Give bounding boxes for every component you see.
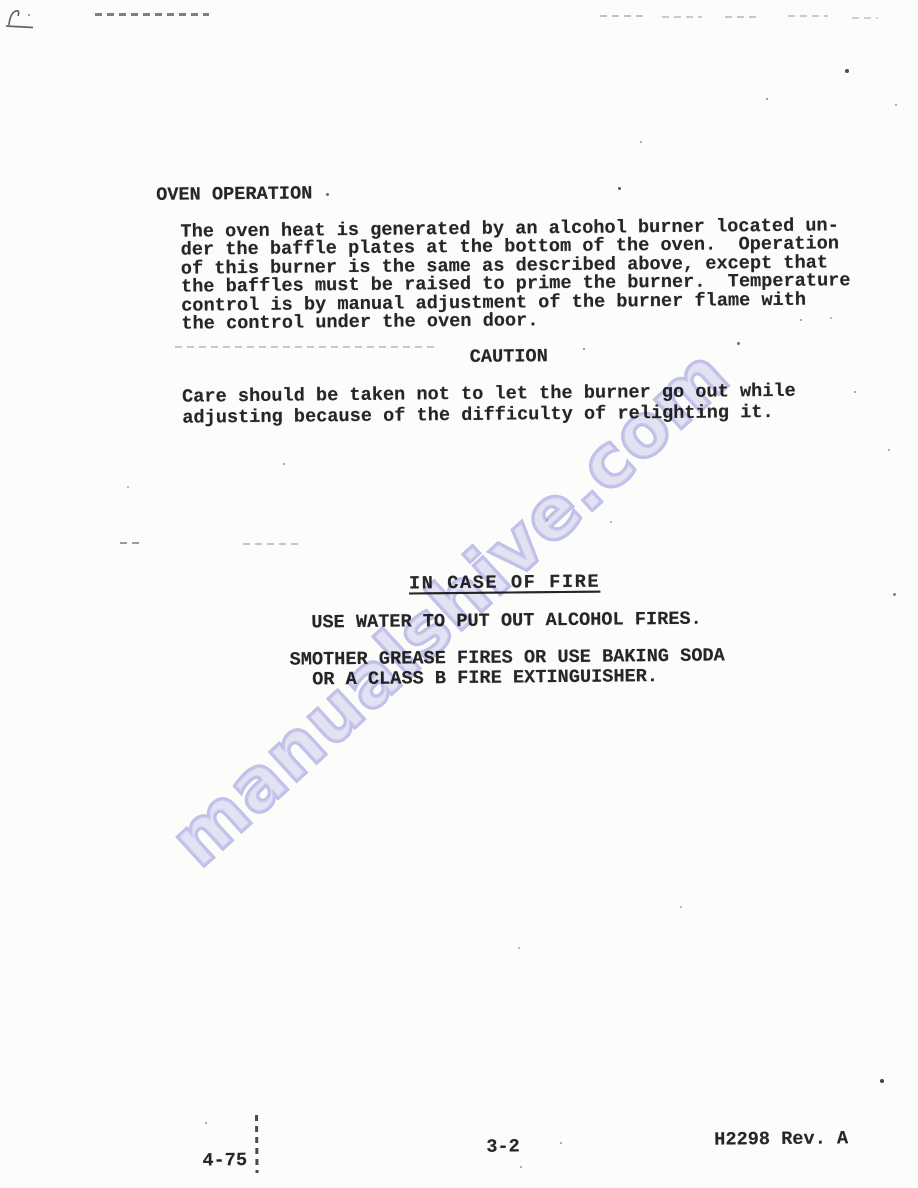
scan-speck	[610, 521, 612, 523]
scan-speck	[326, 193, 329, 196]
scan-speck	[583, 348, 585, 350]
scan-speck	[830, 317, 832, 319]
footer-page-number: 3-2	[486, 1138, 520, 1157]
scan-speck	[895, 104, 897, 106]
fire-instruction-alcohol: USE WATER TO PUT OUT ALCOHOL FIRES.	[311, 611, 702, 633]
scan-speck	[520, 1166, 522, 1168]
caution-heading: CAUTION	[470, 348, 548, 367]
scan-speck	[546, 519, 548, 521]
fire-instruction-grease: SMOTHER GREASE FIRES OR USE BAKING SODA …	[290, 646, 726, 690]
scan-smudge	[600, 15, 646, 17]
page-content: OVEN OPERATION The oven heat is generate…	[0, 0, 918, 1188]
footer-dashed-tick-mark	[255, 1115, 259, 1173]
scanned-manual-page: OVEN OPERATION The oven heat is generate…	[0, 0, 918, 1188]
scan-speck	[618, 187, 621, 190]
scan-smudge	[662, 16, 702, 18]
scan-smudge	[243, 543, 303, 545]
section-title: OVEN OPERATION	[156, 185, 312, 205]
footer-document-code: H2298 Rev. A	[714, 1130, 848, 1150]
scan-speck	[893, 593, 896, 596]
caution-paragraph: Care should be taken not to let the burn…	[182, 382, 796, 429]
scan-speck	[640, 141, 642, 143]
scan-speck	[205, 1122, 207, 1124]
scan-smudge	[725, 16, 761, 18]
footer-date-code: 4-75	[202, 1152, 247, 1171]
scan-smudge	[175, 346, 437, 348]
scan-speck	[518, 947, 520, 949]
scan-smudge	[852, 17, 878, 19]
intro-paragraph: The oven heat is generated by an alcohol…	[180, 217, 851, 334]
scan-speck	[737, 342, 740, 345]
scan-speck	[680, 906, 682, 908]
scan-speck	[888, 449, 890, 451]
scan-speck	[845, 69, 849, 73]
scan-smudge	[95, 13, 209, 16]
corner-smudge-icon	[2, 6, 38, 32]
scan-speck	[854, 391, 856, 393]
scan-speck	[800, 319, 802, 321]
scan-speck	[442, 409, 444, 411]
fire-notice-heading: IN CASE OF FIRE	[409, 574, 601, 594]
scan-speck	[880, 1079, 884, 1083]
scan-speck	[766, 98, 768, 100]
scan-smudge	[120, 542, 142, 544]
scan-speck	[283, 463, 285, 465]
scan-smudge	[788, 15, 828, 17]
scan-speck	[127, 486, 129, 488]
scan-speck	[560, 1142, 562, 1144]
